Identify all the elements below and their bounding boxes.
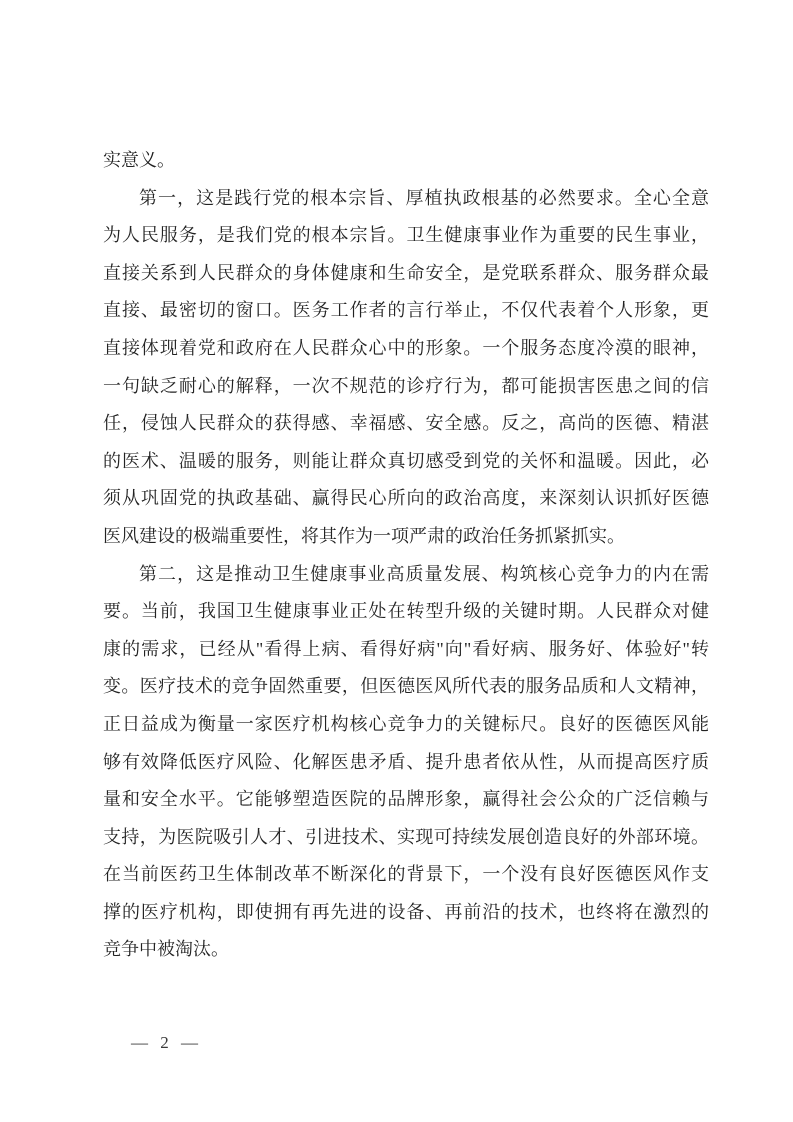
text-line: 康的需求，已经从"看得上病、看得好病"向"看好病、服务好、体验好"转: [103, 631, 709, 669]
text-line: 任，侵蚀人民群众的获得感、幸福感、安全感。反之，高尚的医德、精湛: [103, 405, 709, 443]
text-line: 支持，为医院吸引人才、引进技术、实现可持续发展创造良好的外部环境。: [103, 819, 709, 857]
text-line: 为人民服务，是我们党的根本宗旨。卫生健康事业作为重要的民生事业，: [103, 217, 709, 255]
text-line: 一句缺乏耐心的解释，一次不规范的诊疗行为，都可能损害医患之间的信: [103, 368, 709, 406]
text-line: 够有效降低医疗风险、化解医患矛盾、提升患者依从性，从而提高医疗质: [103, 744, 709, 782]
text-line: 实意义。: [103, 142, 709, 180]
text-line: 直接关系到人民群众的身体健康和生命安全，是党联系群众、服务群众最: [103, 255, 709, 293]
text-line: 竞争中被淘汰。: [103, 931, 709, 969]
text-line: 须从巩固党的执政基础、赢得民心所向的政治高度，来深刻认识抓好医德: [103, 480, 709, 518]
text-line: 医风建设的极端重要性，将其作为一项严肃的政治任务抓紧抓实。: [103, 518, 709, 556]
text-line: 直接体现着党和政府在人民群众心中的形象。一个服务态度冷漠的眼神，: [103, 330, 709, 368]
text-line: 第一，这是践行党的根本宗旨、厚植执政根基的必然要求。全心全意: [103, 180, 709, 218]
document-page: 实意义。 第一，这是践行党的根本宗旨、厚植执政根基的必然要求。全心全意 为人民服…: [0, 0, 793, 1122]
text-line: 的医术、温暖的服务，则能让群众真切感受到党的关怀和温暖。因此，必: [103, 443, 709, 481]
text-line: 要。当前，我国卫生健康事业正处在转型升级的关键时期。人民群众对健: [103, 593, 709, 631]
text-line: 正日益成为衡量一家医疗机构核心竞争力的关键标尺。良好的医德医风能: [103, 706, 709, 744]
text-line: 在当前医药卫生体制改革不断深化的背景下，一个没有良好医德医风作支: [103, 856, 709, 894]
text-line: 第二，这是推动卫生健康事业高质量发展、构筑核心竞争力的内在需: [103, 556, 709, 594]
text-line: 变。医疗技术的竞争固然重要，但医德医风所代表的服务品质和人文精神，: [103, 668, 709, 706]
page-number: — 2 —: [131, 1032, 200, 1054]
text-line: 直接、最密切的窗口。医务工作者的言行举止，不仅代表着个人形象，更: [103, 292, 709, 330]
text-line: 量和安全水平。它能够塑造医院的品牌形象，赢得社会公众的广泛信赖与: [103, 781, 709, 819]
document-body: 实意义。 第一，这是践行党的根本宗旨、厚植执政根基的必然要求。全心全意 为人民服…: [103, 142, 709, 969]
text-line: 撑的医疗机构，即使拥有再先进的设备、再前沿的技术，也终将在激烈的: [103, 894, 709, 932]
